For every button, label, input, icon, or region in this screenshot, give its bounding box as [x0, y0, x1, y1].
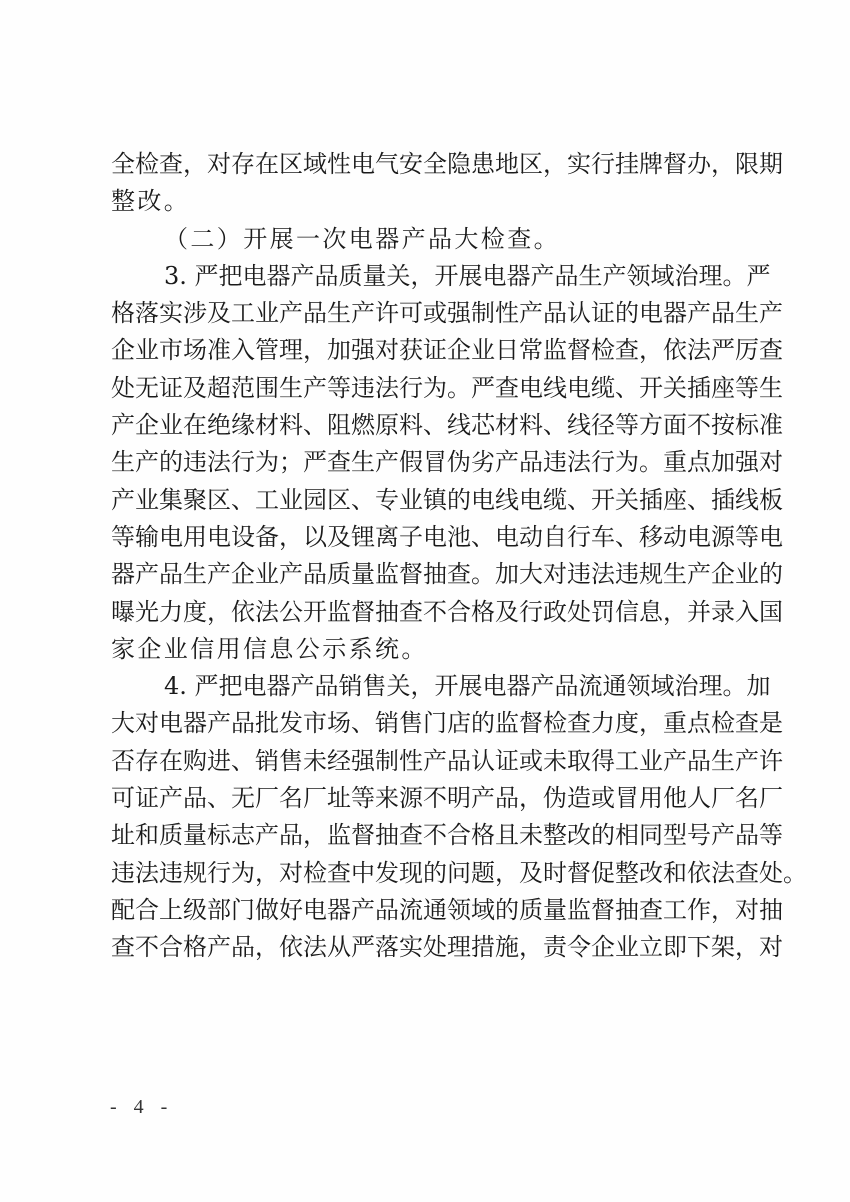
text-line: 家企业信用信息公示系统。	[111, 631, 751, 668]
text-line: 配合上级部门做好电器产品流通领域的质量监督抽查工作，对抽	[111, 892, 751, 929]
text-line: 查不合格产品，依法从严落实处理措施，责令企业立即下架，对	[111, 929, 751, 966]
text-line: 产企业在绝缘材料、阻燃原料、线芯材料、线径等方面不按标准	[111, 407, 751, 444]
text-line: 器产品生产企业产品质量监督抽查。加大对违法违规生产企业的	[111, 556, 751, 593]
text-line: 址和质量标志产品，监督抽查不合格且未整改的相同型号产品等	[111, 817, 751, 854]
text-line: 整改。	[111, 183, 751, 220]
text-line: 曝光力度，依法公开监督抽查不合格及行政处罚信息，并录入国	[111, 594, 751, 631]
text-line: 否存在购进、销售未经强制性产品认证或未取得工业产品生产许	[111, 743, 751, 780]
text-line: 企业市场准入管理，加强对获证企业日常监督检查，依法严厉查	[111, 332, 751, 369]
text-line: 格落实涉及工业产品生产许可或强制性产品认证的电器产品生产	[111, 295, 751, 332]
text-line: 违法违规行为，对检查中发现的问题，及时督促整改和依法查处。	[111, 855, 751, 892]
text-line: 4. 严把电器产品销售关，开展电器产品流通领域治理。加	[111, 668, 751, 705]
body-text: 全检查，对存在区域性电气安全隐患地区，实行挂牌督办，限期 整改。 （二）开展一次…	[111, 146, 751, 967]
text-line: 大对电器产品批发市场、销售门店的监督检查力度，重点检查是	[111, 705, 751, 742]
text-line: 处无证及超范围生产等违法行为。严查电线电缆、开关插座等生	[111, 370, 751, 407]
page-number: - 4 -	[110, 1096, 173, 1119]
document-page: 全检查，对存在区域性电气安全隐患地区，实行挂牌督办，限期 整改。 （二）开展一次…	[0, 0, 850, 1202]
text-line: 全检查，对存在区域性电气安全隐患地区，实行挂牌督办，限期	[111, 146, 751, 183]
text-line: 生产的违法行为；严查生产假冒伪劣产品违法行为。重点加强对	[111, 444, 751, 481]
text-line: 3. 严把电器产品质量关，开展电器产品生产领域治理。严	[111, 258, 751, 295]
section-heading: （二）开展一次电器产品大检查。	[111, 221, 751, 258]
text-line: 等输电用电设备，以及锂离子电池、电动自行车、移动电源等电	[111, 519, 751, 556]
text-line: 产业集聚区、工业园区、专业镇的电线电缆、开关插座、插线板	[111, 482, 751, 519]
text-line: 可证产品、无厂名厂址等来源不明产品，伪造或冒用他人厂名厂	[111, 780, 751, 817]
